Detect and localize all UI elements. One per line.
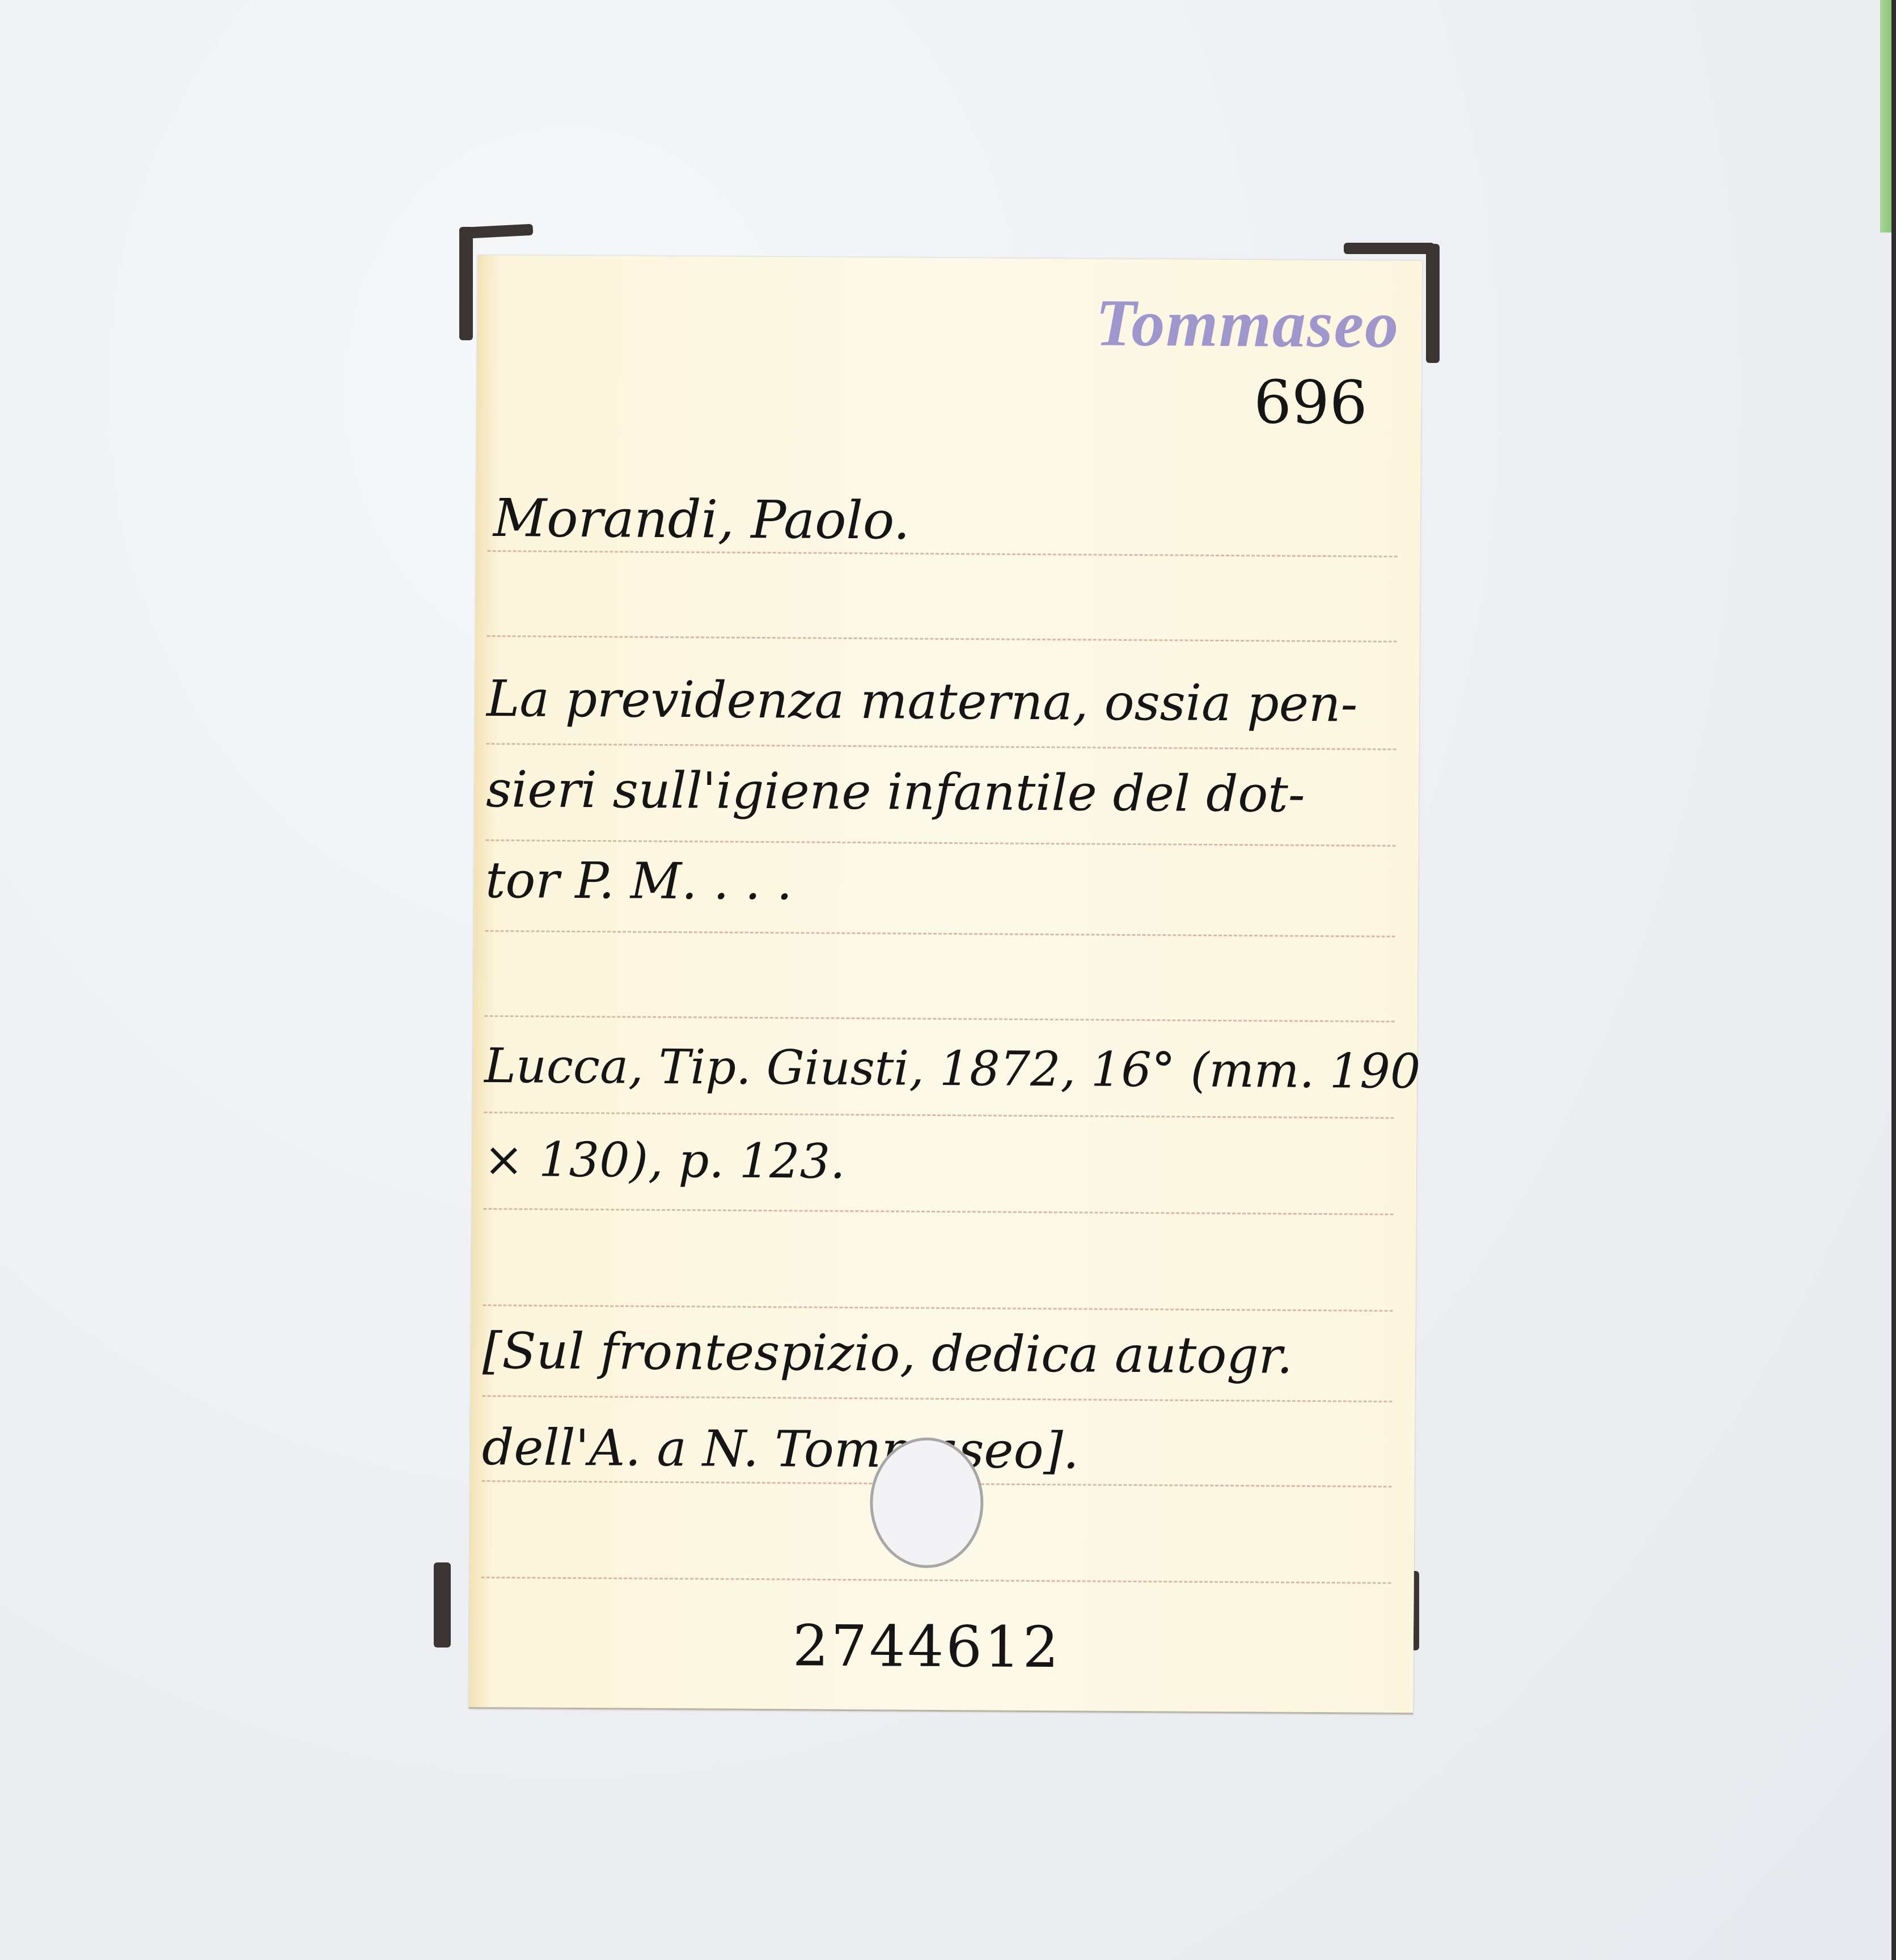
collection-stamp: Tommaseo [1095, 285, 1400, 364]
ruled-line [481, 1577, 1391, 1584]
imprint-line-1: Lucca, Tip. Giusti, 1872, 16° (mm. 190 [484, 1038, 1421, 1099]
catalog-card: Tommaseo 696 Morandi, Paolo. La previden… [469, 255, 1422, 1714]
ruled-line [485, 1015, 1395, 1023]
ruled-line [487, 635, 1397, 643]
shelf-number: 696 [1254, 367, 1368, 437]
mount-corner-top-left-arm [459, 224, 534, 239]
imprint-line-2: × 130), p. 123. [484, 1131, 845, 1189]
accession-number: 2744612 [793, 1612, 1061, 1680]
ruled-line [485, 930, 1395, 937]
scan-edge-shadow [1891, 0, 1896, 1960]
ruled-line [483, 1304, 1393, 1312]
note-line-2: dell'A. a N. Tommaseo]. [482, 1418, 1079, 1480]
mount-corner-bottom-left [434, 1562, 451, 1648]
title-line-3: tor P. M. . . . [485, 851, 793, 911]
title-line-1: La previdenza materna, ossia pen- [486, 669, 1358, 733]
ruled-line [488, 550, 1398, 557]
ruled-line [484, 1112, 1394, 1119]
ruled-line [483, 1395, 1393, 1403]
mount-corner-top-right-arm [1344, 243, 1434, 254]
author-heading: Morandi, Paolo. [493, 488, 911, 551]
ruled-line [484, 1208, 1394, 1215]
punch-hole [870, 1437, 984, 1568]
note-line-1: [Sul frontespizio, dedica autogr. [483, 1321, 1293, 1385]
ruled-line [486, 743, 1396, 750]
mount-corner-top-right [1426, 244, 1440, 363]
mount-corner-top-left [459, 227, 473, 340]
ruled-line [486, 839, 1396, 847]
title-line-2: sieri sull'igiene infantile del dot- [486, 760, 1305, 823]
